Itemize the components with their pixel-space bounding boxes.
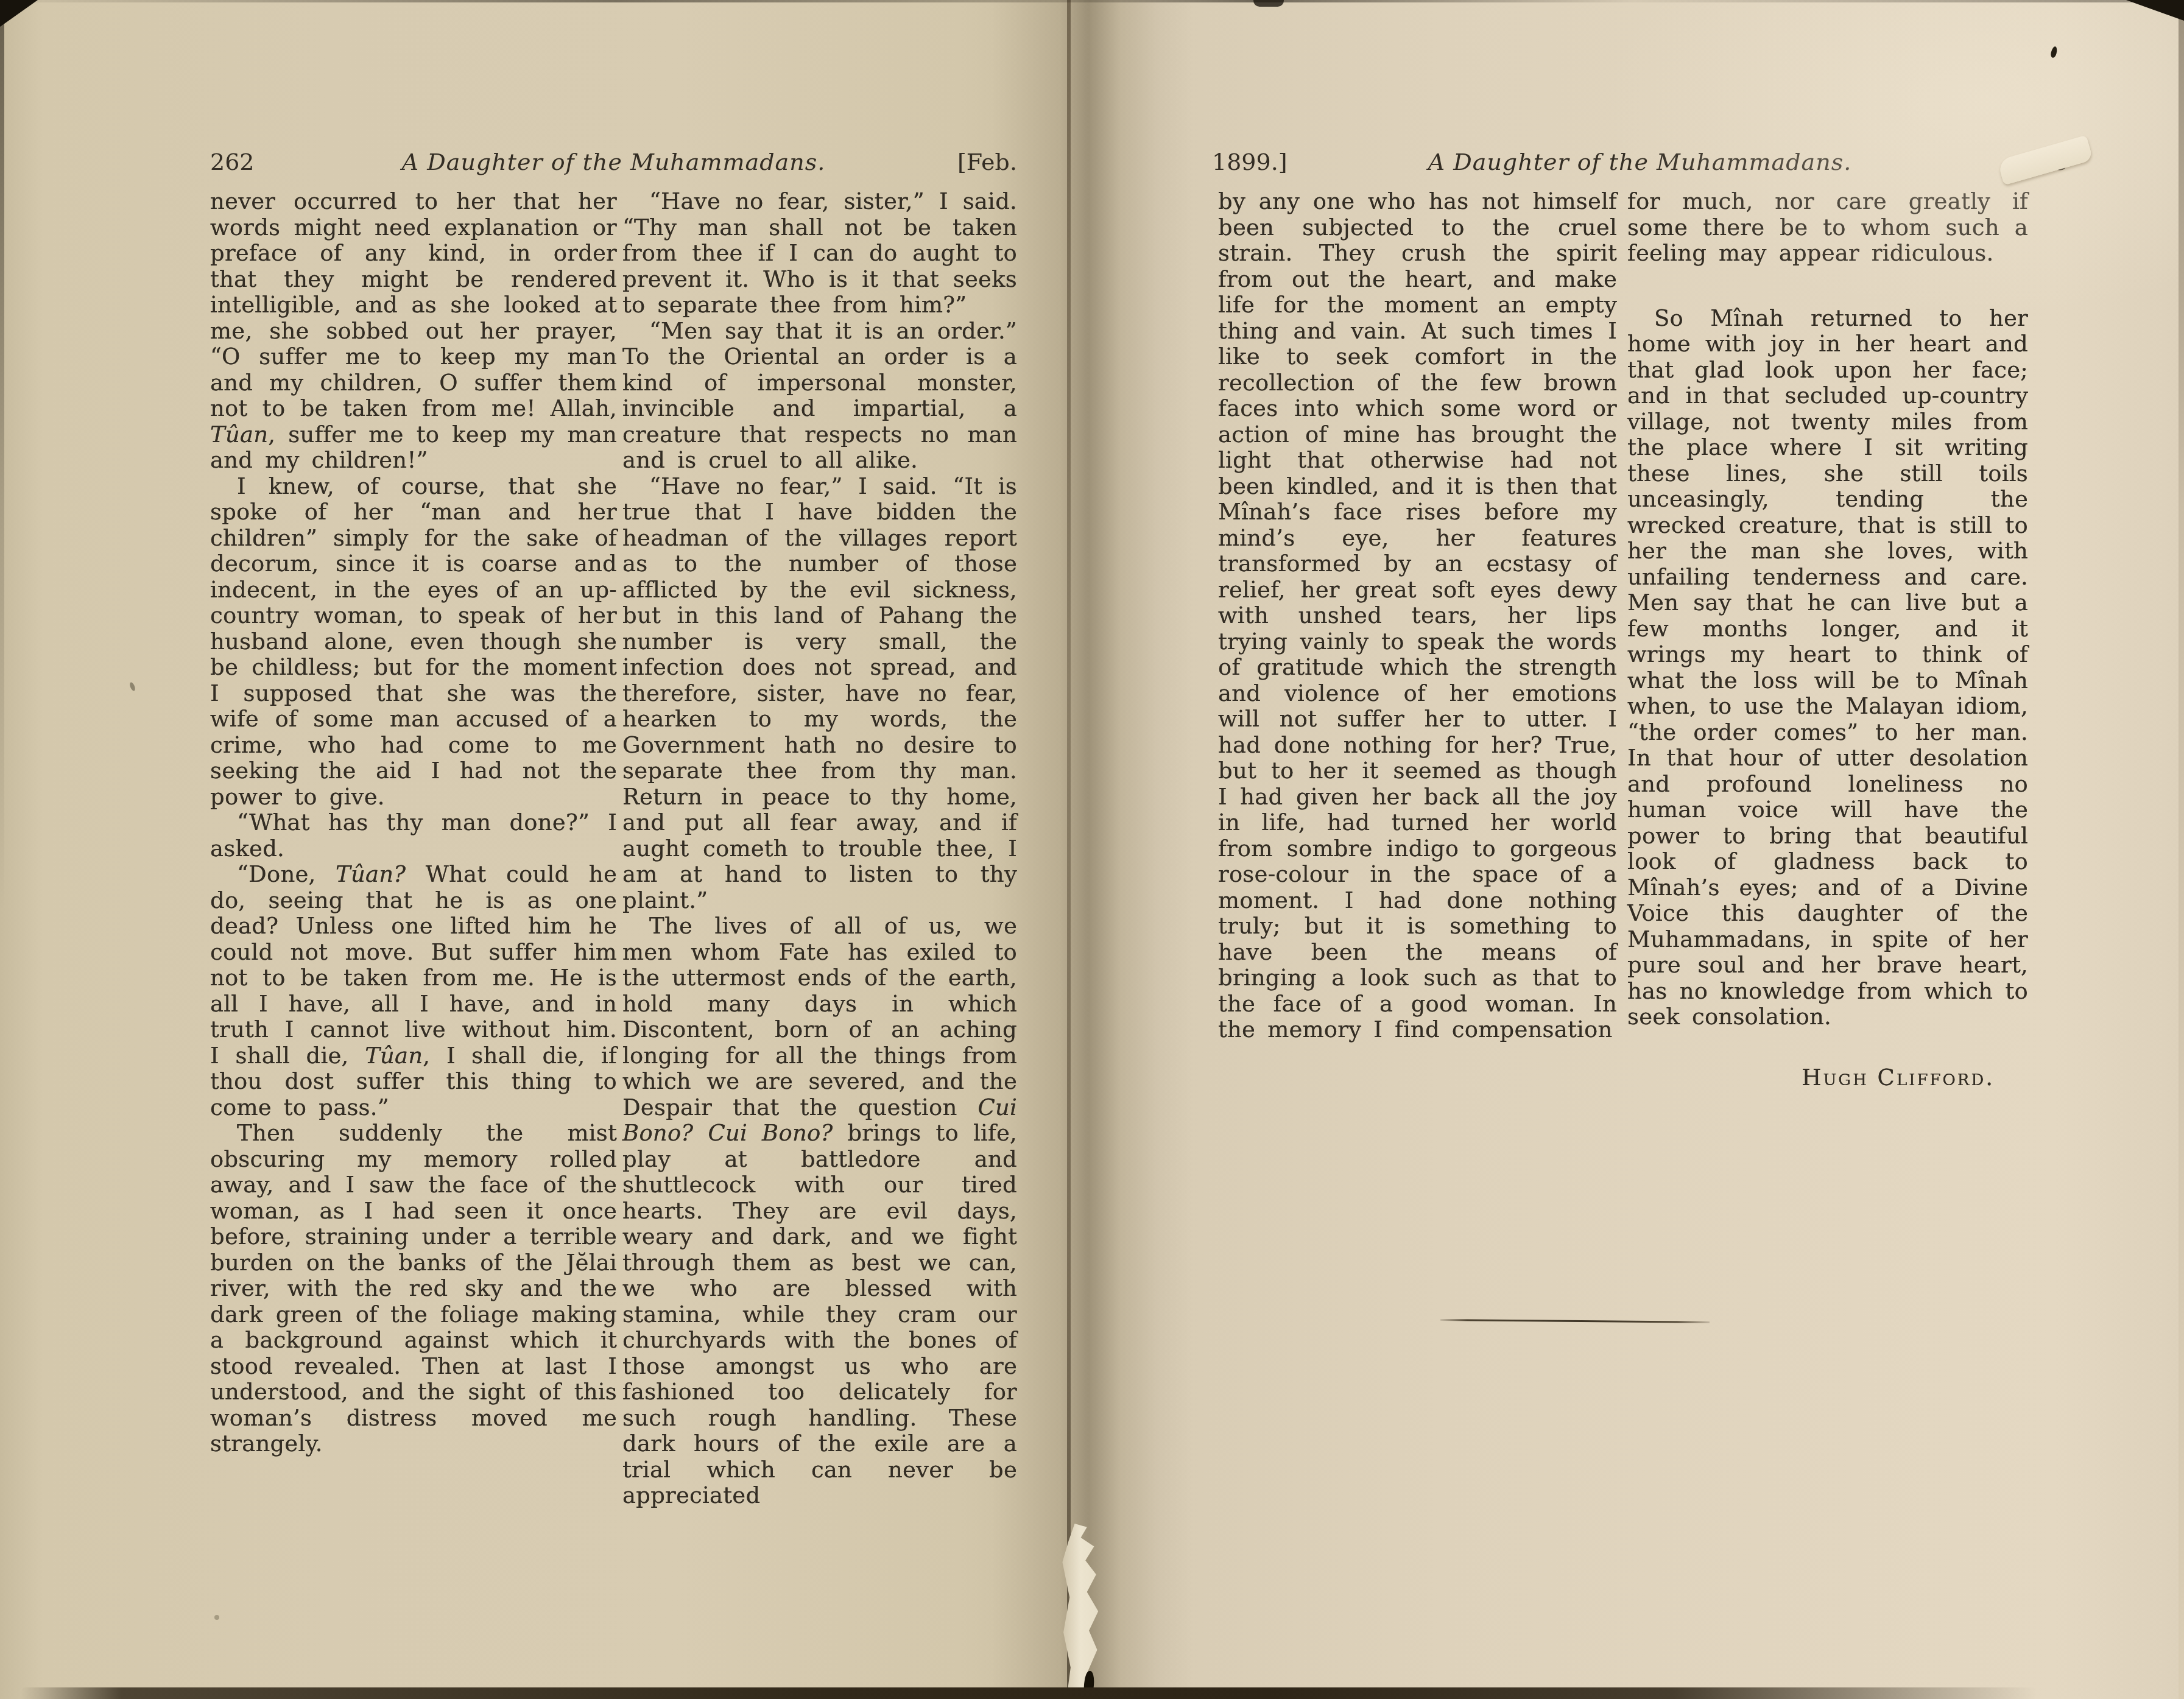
paragraph: I knew, of course, that she spoke of her… [210, 474, 617, 811]
corner-shadow-top-left [0, 0, 38, 27]
section-divider-rule [1440, 1319, 1710, 1323]
text-column-right-1: by any one who has not himself been subj… [1218, 189, 1617, 1043]
author-signature: Hugh Clifford. [1627, 1064, 2028, 1091]
paragraph: The lives of all of us, we men whom Fate… [622, 913, 1017, 1509]
gutter-crease-line [1067, 0, 1071, 1699]
paragraph: “Have no fear, sister,” I said. “Thy man… [622, 189, 1017, 318]
paragraph: “Have no fear,” I said. “It is true that… [622, 474, 1017, 914]
page-header-left: 262 A Daughter of the Muhammadans. [Feb. [210, 146, 1017, 178]
dust-speck [214, 1615, 219, 1620]
scan-edge-top [24, 0, 2141, 2]
paragraph: never occurred to her that her words mig… [210, 189, 617, 474]
text-column-left-1: never occurred to her that her words mig… [210, 189, 617, 1457]
paragraph: “Done, Tûan? What could he do, seeing th… [210, 862, 617, 1120]
paragraph: for much, nor care greatly if some there… [1627, 189, 2028, 267]
running-title-left: A Daughter of the Muhammadans. [402, 146, 826, 178]
scan-edge-bottom [21, 1687, 2037, 1699]
paragraph: by any one who has not himself been subj… [1218, 189, 1617, 1043]
issue-year-mark-1899: 1899.] [1212, 146, 1288, 178]
text-column-right-2: for much, nor care greatly if some there… [1627, 189, 2028, 1030]
page-left: 262 A Daughter of the Muhammadans. [Feb.… [0, 0, 1090, 1699]
scan-edge-left [0, 0, 4, 913]
issue-date-mark-feb: [Feb. [957, 146, 1017, 178]
scan-speck-top [1253, 0, 1284, 7]
paragraph: “What has thy man done?” I asked. [210, 810, 617, 862]
scan-edge-right [2179, 0, 2184, 1699]
page-header-right: 1899.] A Daughter of the Muhammadans. 26… [1212, 146, 2068, 178]
page-right: 1899.] A Daughter of the Muhammadans. 26… [1090, 0, 2184, 1699]
book-scan: 262 A Daughter of the Muhammadans. [Feb.… [0, 0, 2184, 1699]
running-title-right: A Daughter of the Muhammadans. [1428, 146, 1852, 178]
paragraph: So Mînah returned to her home with joy i… [1627, 306, 2028, 1030]
page-number-left: 262 [210, 146, 255, 178]
corner-shadow-top-right [2126, 0, 2184, 21]
text-column-left-2: “Have no fear, sister,” I said. “Thy man… [622, 189, 1017, 1509]
paragraph: Then suddenly the mist obscuring my memo… [210, 1120, 617, 1457]
paragraph: “Men say that it is an order.” To the Or… [622, 318, 1017, 474]
